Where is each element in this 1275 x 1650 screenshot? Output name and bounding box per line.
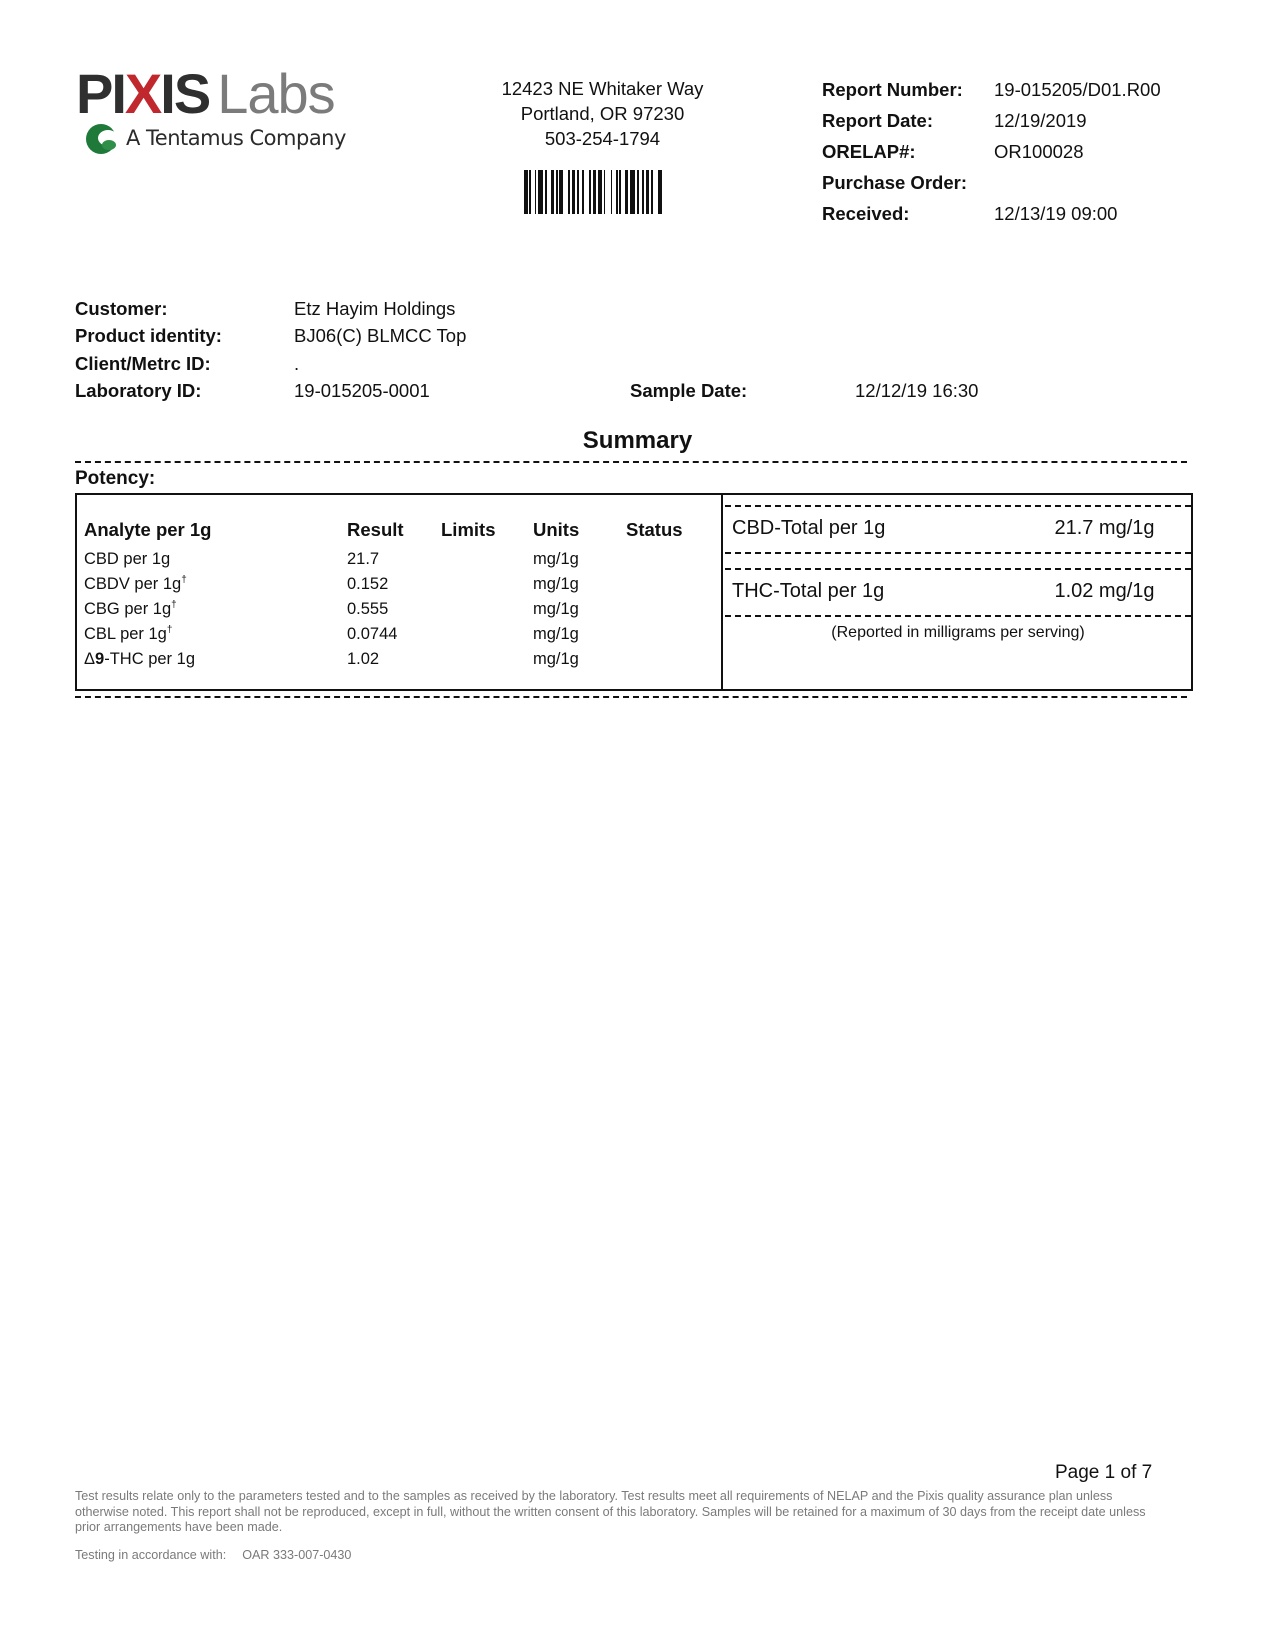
- barcode-icon: [524, 170, 664, 214]
- client-id-label: Client/Metrc ID:: [75, 353, 294, 375]
- client-id-row: Client/Metrc ID: .: [75, 350, 978, 378]
- result-value: 0.555: [347, 600, 388, 619]
- meta-label: Report Number:: [822, 79, 994, 101]
- result-value: 0.152: [347, 575, 388, 594]
- address-city: Portland, OR 97230: [480, 101, 725, 126]
- cbd-total-value: 21.7 mg/1g: [1017, 517, 1192, 540]
- totals-note: (Reported in milligrams per serving): [725, 624, 1191, 642]
- disclaimer-text: Test results relate only to the paramete…: [75, 1489, 1155, 1536]
- units-value: mg/1g: [533, 625, 579, 644]
- lab-id-label: Laboratory ID:: [75, 380, 294, 402]
- units-value: mg/1g: [533, 650, 579, 669]
- units-value: mg/1g: [533, 575, 579, 594]
- pixis-labs-logo: PIXISLabs: [76, 66, 335, 122]
- tentamus-tagline: A Tentamus Company: [84, 120, 346, 156]
- report-meta: Report Number: 19-015205/D01.R00 Report …: [822, 74, 1161, 229]
- units-value: mg/1g: [533, 600, 579, 619]
- testing-standard: Testing in accordance with:OAR 333-007-0…: [75, 1548, 351, 1562]
- col-header-result: Result: [347, 519, 404, 541]
- col-header-units: Units: [533, 519, 579, 541]
- customer-info: Customer: Etz Hayim Holdings Product ide…: [75, 295, 978, 405]
- meta-value: OR100028: [994, 141, 1083, 163]
- col-header-status: Status: [626, 519, 683, 541]
- product-row: Product identity: BJ06(C) BLMCC Top: [75, 323, 978, 351]
- address-street: 12423 NE Whitaker Way: [480, 76, 725, 101]
- result-value: 21.7: [347, 550, 379, 569]
- thc-total-label: THC-Total per 1g: [732, 580, 884, 603]
- meta-value: 19-015205/D01.R00: [994, 79, 1161, 101]
- lab-id-row: Laboratory ID: 19-015205-0001 Sample Dat…: [75, 378, 978, 406]
- thc-total-value: 1.02 mg/1g: [1017, 580, 1192, 603]
- divider: [75, 461, 1187, 463]
- table-divider: [721, 495, 723, 689]
- analyte-name: Δ9-THC per 1g: [84, 650, 195, 669]
- address-phone: 503-254-1794: [480, 126, 725, 151]
- meta-label: ORELAP#:: [822, 141, 994, 163]
- analyte-name: CBD per 1g: [84, 550, 170, 569]
- col-header-analyte: Analyte per 1g: [84, 519, 212, 541]
- client-id-value: .: [294, 353, 630, 375]
- meta-report-number: Report Number: 19-015205/D01.R00: [822, 74, 1161, 105]
- customer-row: Customer: Etz Hayim Holdings: [75, 295, 978, 323]
- divider: [725, 568, 1191, 570]
- meta-value: 12/13/19 09:00: [994, 203, 1117, 225]
- divider: [725, 552, 1191, 554]
- testing-standard-value: OAR 333-007-0430: [242, 1548, 351, 1562]
- divider: [75, 696, 1187, 698]
- meta-value: 12/19/2019: [994, 110, 1087, 132]
- page-number: Page 1 of 7: [1055, 1462, 1152, 1484]
- units-value: mg/1g: [533, 550, 579, 569]
- lab-id-value: 19-015205-0001: [294, 380, 630, 402]
- meta-label: Report Date:: [822, 110, 994, 132]
- logo-text-pi: PI: [76, 62, 125, 125]
- testing-label: Testing in accordance with:: [75, 1548, 226, 1562]
- divider: [725, 615, 1191, 617]
- meta-report-date: Report Date: 12/19/2019: [822, 105, 1161, 136]
- tentamus-leaf-icon: [84, 120, 120, 156]
- product-label: Product identity:: [75, 325, 294, 347]
- meta-label: Received:: [822, 203, 994, 225]
- meta-purchase-order: Purchase Order:: [822, 167, 1161, 198]
- analyte-name: CBL per 1g†: [84, 625, 172, 644]
- potency-table: Analyte per 1g Result Limits Units Statu…: [75, 493, 1193, 691]
- summary-title: Summary: [0, 427, 1275, 455]
- customer-label: Customer:: [75, 298, 294, 320]
- logo-text-x: X: [125, 62, 160, 125]
- analyte-name: CBG per 1g†: [84, 600, 177, 619]
- logo-text-is: IS: [160, 62, 209, 125]
- logo-text-labs: Labs: [217, 62, 334, 125]
- sample-date-value: 12/12/19 16:30: [855, 380, 978, 402]
- divider: [725, 505, 1191, 507]
- result-value: 0.0744: [347, 625, 397, 644]
- sample-date-label: Sample Date:: [630, 380, 855, 402]
- cbd-total-label: CBD-Total per 1g: [732, 517, 885, 540]
- product-value: BJ06(C) BLMCC Top: [294, 325, 630, 347]
- potency-label: Potency:: [75, 468, 155, 490]
- meta-label: Purchase Order:: [822, 172, 994, 194]
- meta-received: Received: 12/13/19 09:00: [822, 198, 1161, 229]
- customer-value: Etz Hayim Holdings: [294, 298, 630, 320]
- lab-address: 12423 NE Whitaker Way Portland, OR 97230…: [480, 76, 725, 151]
- result-value: 1.02: [347, 650, 379, 669]
- meta-orelap: ORELAP#: OR100028: [822, 136, 1161, 167]
- col-header-limits: Limits: [441, 519, 495, 541]
- tagline-text: A Tentamus Company: [126, 126, 346, 150]
- analyte-name: CBDV per 1g†: [84, 575, 187, 594]
